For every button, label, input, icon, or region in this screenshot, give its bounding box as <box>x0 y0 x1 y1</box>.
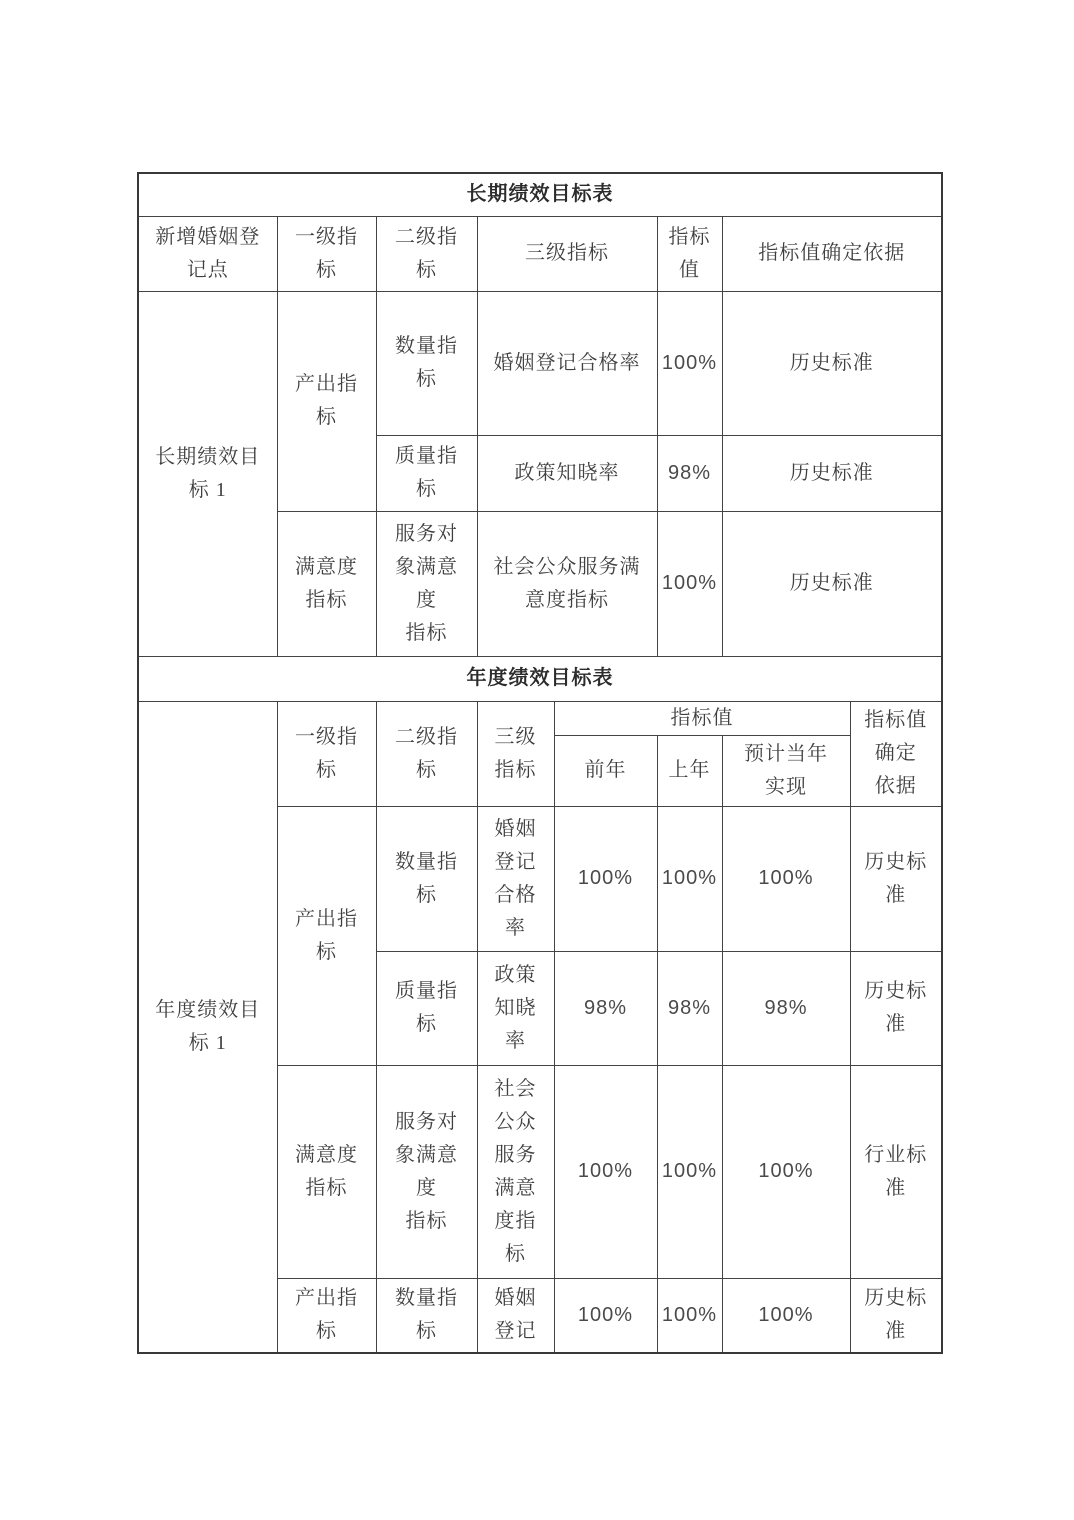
an-row3-basis: 历史标 准 <box>850 1278 942 1353</box>
an-row3-value-before-last: 100% <box>554 1278 657 1353</box>
annual-title-row: 年度绩效目标表 <box>138 656 942 701</box>
lt-row2-level2: 服务对 象满意 度 指标 <box>376 511 477 656</box>
an-row3-level3: 婚姻 登记 <box>477 1278 554 1353</box>
an-row1-basis: 历史标 准 <box>850 951 942 1065</box>
an-header-level2: 二级指 标 <box>376 701 477 806</box>
lt-row1-basis: 历史标准 <box>722 435 942 511</box>
lt-header-level1: 一级指 标 <box>277 216 376 291</box>
an-row1-value-current: 98% <box>722 951 850 1065</box>
an-output-indicator-cell: 产出指 标 <box>277 806 376 1065</box>
an-header-level1: 一级指 标 <box>277 701 376 806</box>
lt-header-level2: 二级指 标 <box>376 216 477 291</box>
an-row3-value-last: 100% <box>657 1278 722 1353</box>
lt-header-level3: 三级指标 <box>477 216 657 291</box>
an-row2-basis: 行业标 准 <box>850 1065 942 1278</box>
long-term-row-quantity: 长期绩效目 标 1 产出指 标 数量指 标 婚姻登记合格率 100% 历史标准 <box>138 291 942 435</box>
an-row2-level2: 服务对 象满意 度 指标 <box>376 1065 477 1278</box>
lt-row0-level2: 数量指 标 <box>376 291 477 435</box>
an-row2-value-last: 100% <box>657 1065 722 1278</box>
an-row2-value-before-last: 100% <box>554 1065 657 1278</box>
lt-row1-value: 98% <box>657 435 722 511</box>
long-term-table-title: 长期绩效目标表 <box>138 173 942 216</box>
lt-row0-level3: 婚姻登记合格率 <box>477 291 657 435</box>
an-goal-label: 年度绩效目 标 1 <box>138 701 277 1353</box>
an-header-level3: 三级 指标 <box>477 701 554 806</box>
lt-row0-value: 100% <box>657 291 722 435</box>
an-row1-value-before-last: 98% <box>554 951 657 1065</box>
an-row1-level3: 政策 知晓 率 <box>477 951 554 1065</box>
an-row3-value-current: 100% <box>722 1278 850 1353</box>
lt-row2-basis: 历史标准 <box>722 511 942 656</box>
an-row0-level3: 婚姻 登记 合格 率 <box>477 806 554 951</box>
long-term-header-row: 新增婚姻登 记点 一级指 标 二级指 标 三级指标 指标 值 指标值确定依据 <box>138 216 942 291</box>
an-row0-value-last: 100% <box>657 806 722 951</box>
an-header-basis: 指标值 确定 依据 <box>850 701 942 806</box>
an-row0-value-before-last: 100% <box>554 806 657 951</box>
lt-row1-level2: 质量指 标 <box>376 435 477 511</box>
an-row0-value-current: 100% <box>722 806 850 951</box>
an-row2-level1: 满意度 指标 <box>277 1065 376 1278</box>
lt-row0-basis: 历史标准 <box>722 291 942 435</box>
an-row1-value-last: 98% <box>657 951 722 1065</box>
lt-header-value: 指标 值 <box>657 216 722 291</box>
an-row0-basis: 历史标 准 <box>850 806 942 951</box>
an-header-year-before-last: 前年 <box>554 735 657 806</box>
an-header-expected-current: 预计当年 实现 <box>722 735 850 806</box>
an-row3-level2: 数量指 标 <box>376 1278 477 1353</box>
annual-header-row-1: 年度绩效目 标 1 一级指 标 二级指 标 三级 指标 指标值 指标值 确定 依… <box>138 701 942 735</box>
lt-goal-label: 长期绩效目 标 1 <box>138 291 277 656</box>
an-header-last-year: 上年 <box>657 735 722 806</box>
document-page: 长期绩效目标表 新增婚姻登 记点 一级指 标 二级指 标 三级指标 指标 值 指… <box>0 0 1074 1520</box>
performance-target-table: 长期绩效目标表 新增婚姻登 记点 一级指 标 二级指 标 三级指标 指标 值 指… <box>137 172 943 1354</box>
lt-header-project: 新增婚姻登 记点 <box>138 216 277 291</box>
an-row2-level3: 社会 公众 服务 满意 度指 标 <box>477 1065 554 1278</box>
lt-row2-value: 100% <box>657 511 722 656</box>
lt-row2-level3: 社会公众服务满 意度指标 <box>477 511 657 656</box>
an-row1-level2: 质量指 标 <box>376 951 477 1065</box>
annual-table-title: 年度绩效目标表 <box>138 656 942 701</box>
an-row2-value-current: 100% <box>722 1065 850 1278</box>
lt-row1-level3: 政策知晓率 <box>477 435 657 511</box>
lt-header-basis: 指标值确定依据 <box>722 216 942 291</box>
an-row0-level2: 数量指 标 <box>376 806 477 951</box>
an-row3-level1: 产出指 标 <box>277 1278 376 1353</box>
lt-output-indicator-cell: 产出指 标 <box>277 291 376 511</box>
an-header-value-group: 指标值 <box>554 701 850 735</box>
long-term-title-row: 长期绩效目标表 <box>138 173 942 216</box>
lt-row2-level1: 满意度 指标 <box>277 511 376 656</box>
